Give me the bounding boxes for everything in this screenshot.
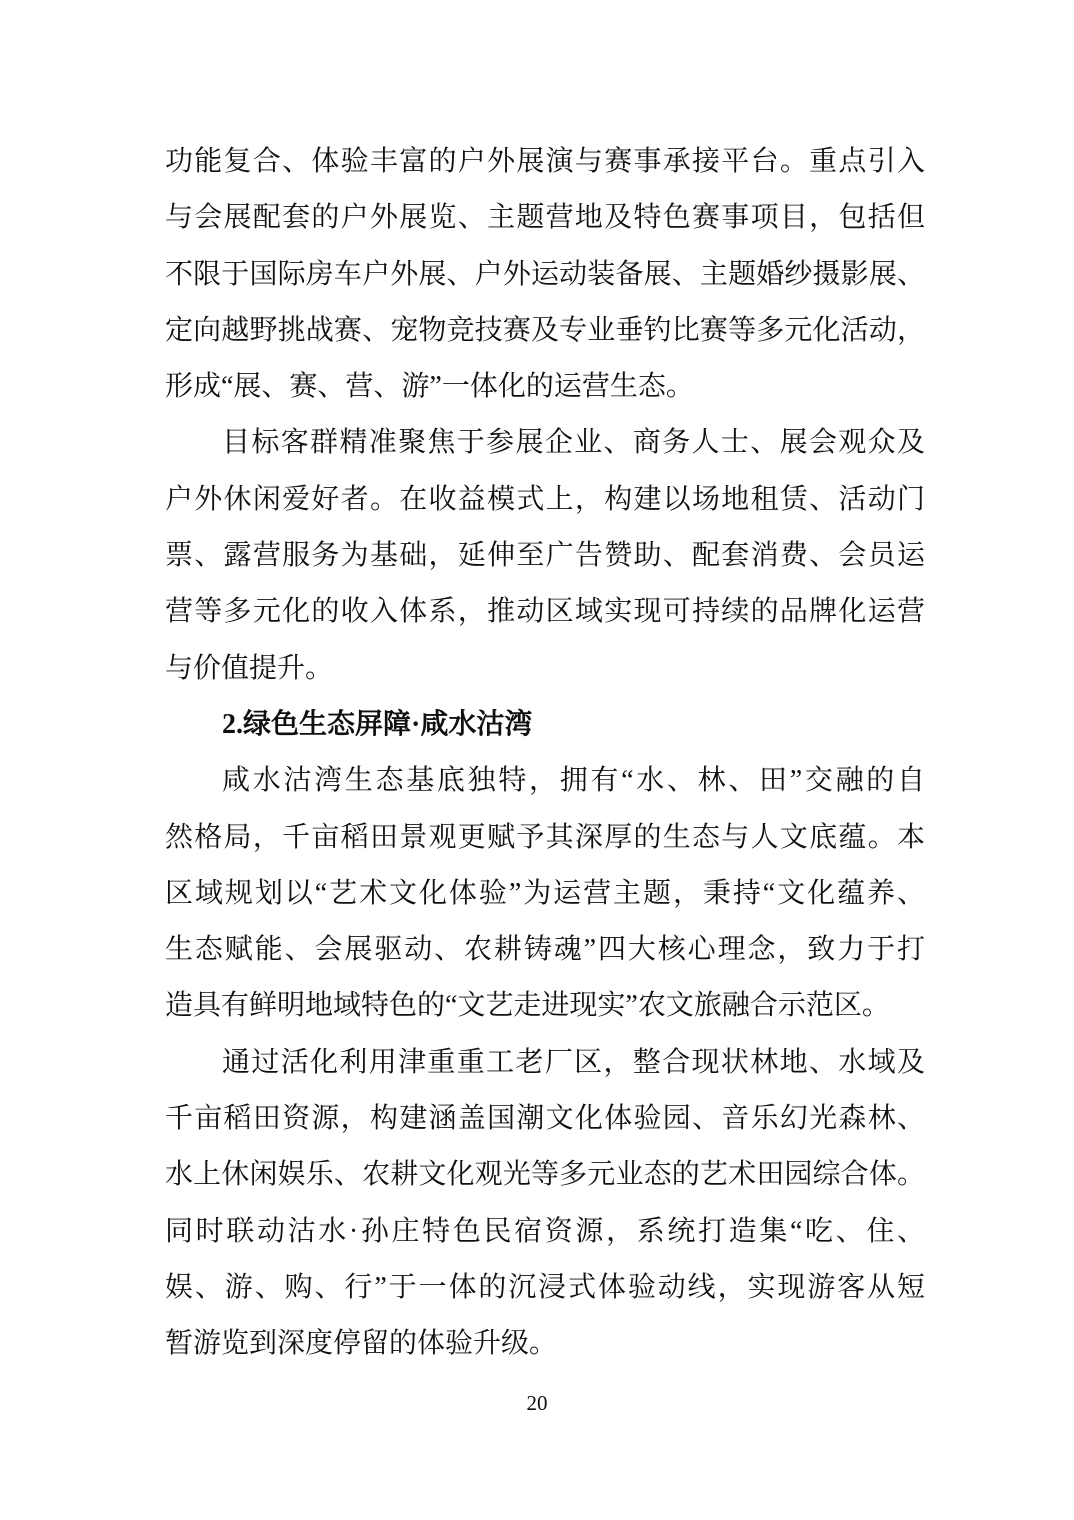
text-line: 与会展配套的户外展览、主题营地及特色赛事项目，包括但 — [165, 190, 925, 246]
text-line: 与价值提升。 — [165, 641, 925, 697]
document-text: 功能复合、体验丰富的户外展演与赛事承接平台。重点引入 与会展配套的户外展览、主题… — [165, 134, 925, 1373]
text-line: 暂游览到深度停留的体验升级。 — [165, 1316, 925, 1372]
text-line: 营等多元化的收入体系，推动区域实现可持续的品牌化运营 — [165, 584, 925, 640]
text-line: 咸水沽湾生态基底独特，拥有“水、林、田”交融的自 — [165, 753, 925, 809]
text-line: 娱、游、购、行”于一体的沉浸式体验动线，实现游客从短 — [165, 1260, 925, 1316]
text-line: 不限于国际房车户外展、户外运动装备展、主题婚纱摄影展、 — [165, 247, 925, 303]
text-line: 形成“展、赛、营、游”一体化的运营生态。 — [165, 359, 925, 415]
text-line: 然格局，千亩稻田景观更赋予其深厚的生态与人文底蕴。本 — [165, 810, 925, 866]
text-line: 水上休闲娱乐、农耕文化观光等多元业态的艺术田园综合体。 — [165, 1147, 925, 1203]
text-line: 造具有鲜明地域特色的“文艺走进现实”农文旅融合示范区。 — [165, 978, 925, 1034]
text-line: 目标客群精准聚焦于参展企业、商务人士、展会观众及 — [165, 415, 925, 471]
text-line: 功能复合、体验丰富的户外展演与赛事承接平台。重点引入 — [165, 134, 925, 190]
text-line: 生态赋能、会展驱动、农耕铸魂”四大核心理念，致力于打 — [165, 922, 925, 978]
text-line: 户外休闲爱好者。在收益模式上，构建以场地租赁、活动门 — [165, 472, 925, 528]
page-number: 20 — [0, 1391, 1074, 1416]
document-page: 功能复合、体验丰富的户外展演与赛事承接平台。重点引入 与会展配套的户外展览、主题… — [0, 0, 1074, 1520]
text-line: 定向越野挑战赛、宠物竞技赛及专业垂钓比赛等多元化活动， — [165, 303, 925, 359]
text-line: 区域规划以“艺术文化体验”为运营主题，秉持“文化蕴养、 — [165, 866, 925, 922]
text-line: 同时联动沽水·孙庄特色民宿资源，系统打造集“吃、住、 — [165, 1204, 925, 1260]
text-line: 通过活化利用津重重工老厂区，整合现状林地、水域及 — [165, 1035, 925, 1091]
text-line: 票、露营服务为基础，延伸至广告赞助、配套消费、会员运 — [165, 528, 925, 584]
text-line: 千亩稻田资源，构建涵盖国潮文化体验园、音乐幻光森林、 — [165, 1091, 925, 1147]
section-heading: 2.绿色生态屏障·咸水沽湾 — [165, 697, 925, 753]
